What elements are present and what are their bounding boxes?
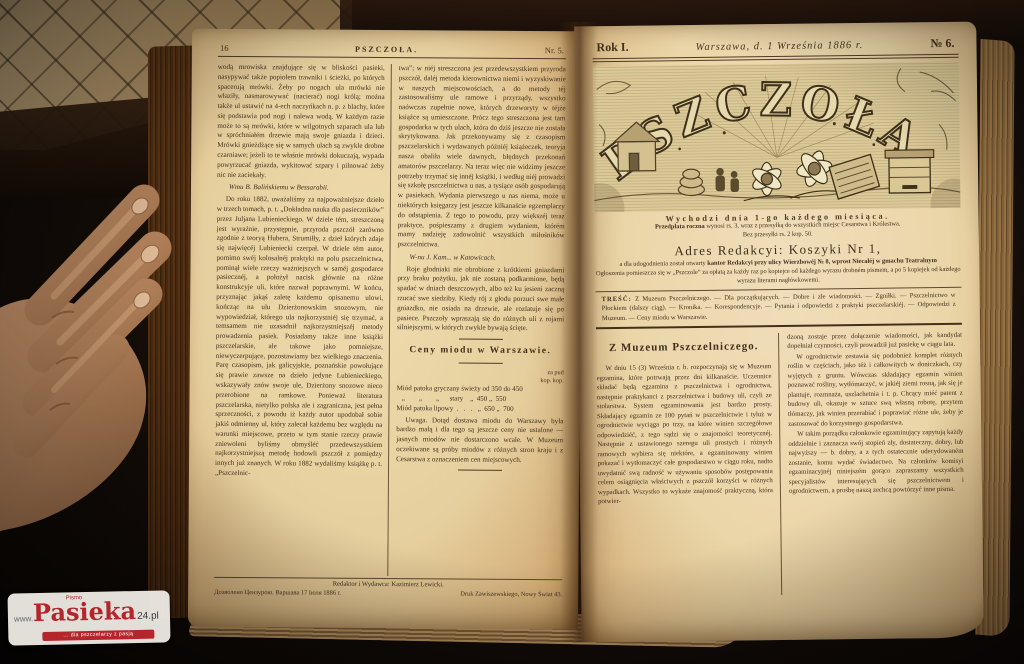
article-title: Z Muzeum Pszczelniczego. bbox=[596, 339, 771, 357]
table-of-contents: TREŚĆ: Z Muzeum Pszczelniczego. — Dla po… bbox=[602, 291, 956, 323]
running-title: PSZCZOŁA. bbox=[355, 45, 418, 54]
section-divider bbox=[458, 339, 502, 340]
left-page-column-1: wodą mrowiska znajdujące się w bliskości… bbox=[214, 63, 391, 576]
article-paragraph: W takim porządku członkowie egzaminujący… bbox=[788, 428, 964, 497]
address-detail-pre: a dla udogodnienia został otwarty bbox=[619, 260, 707, 268]
left-page: 16 PSZCZOŁA. Nr. 5. wodą mrowiska znajdu… bbox=[188, 29, 582, 630]
price-row: Miód patoka lipowy . . . „ 650 „ 700 bbox=[396, 403, 563, 414]
section-divider bbox=[458, 363, 502, 364]
right-page-column-1: Z Muzeum Pszczelniczego. W dniu 15 (3) W… bbox=[596, 333, 781, 597]
left-page-column-2: twa”; w niéj streszczona jest przedewszy… bbox=[387, 64, 566, 577]
photo-of-open-journal: 16 PSZCZOŁA. Nr. 5. wodą mrowiska znajdu… bbox=[0, 0, 1024, 664]
letter-signature: Wmu B. Balińskiemu w Bessarabii. bbox=[217, 183, 384, 194]
article-paragraph: dzoną zostaje przez dołączenie wiadomośc… bbox=[787, 331, 962, 352]
subscription-rest: wynosi rs. 3, wraz z przesyłką do wszyst… bbox=[705, 221, 901, 230]
price-note: Uwaga. Dotąd dostawa miodu do Warszawy b… bbox=[396, 416, 563, 466]
advertising-terms: Ogłoszenia pomieszcza się w „Pszczole” z… bbox=[595, 266, 961, 288]
watermark-www: www. bbox=[14, 614, 33, 623]
book-gutter-shadow bbox=[560, 22, 598, 642]
toc-entries: Z Muzeum Pszczelniczego. — Dla początkuj… bbox=[602, 292, 956, 322]
watermark-suffix: 24.pl bbox=[137, 611, 159, 622]
editor-line: Redaktor i Wydawca: Kazimierz Lewicki. bbox=[214, 580, 562, 589]
toc-bottom-rule bbox=[596, 323, 962, 329]
article-paragraph: W dniu 15 (3) Września r. b. rozpoczynaj… bbox=[596, 362, 773, 507]
price-table-unit-header: za pud kop. kop. bbox=[397, 368, 564, 384]
body-paragraph: Do roku 1882, uważaliśmy za najpoważniej… bbox=[215, 195, 384, 480]
right-page-column-2: dzoną zostaje przez dołączenie wiadomośc… bbox=[778, 331, 965, 595]
body-paragraph: Roje głodniaki nie obrobione z krótkiemi… bbox=[397, 265, 564, 335]
honey-prices-heading: Ceny miodu w Warszawie. bbox=[397, 344, 564, 358]
watermark-brand: Pasieka bbox=[33, 599, 137, 625]
body-paragraph: twa”; w niéj streszczona jest przedewszy… bbox=[398, 64, 566, 251]
article-paragraph: W ogrodnictwie zestawia się podobnież ko… bbox=[787, 351, 963, 429]
header-rule bbox=[218, 56, 566, 59]
right-page: Rok I. Warszawa, d. 1 Września 1886 r. №… bbox=[574, 22, 983, 643]
printer-note: Druk Zawiszewskiego, Nowy Świat 43. bbox=[460, 591, 562, 599]
box-hive-icon bbox=[885, 150, 934, 193]
masthead-engraving: PSZCZOŁA bbox=[593, 62, 961, 212]
subscription-bold: Przedpłata roczna bbox=[655, 223, 705, 231]
dateline: Warszawa, d. 1 Września 1886 r. bbox=[696, 40, 864, 53]
volume-label: Rok I. bbox=[596, 40, 628, 55]
right-page-header: Rok I. Warszawa, d. 1 Września 1886 r. №… bbox=[592, 36, 958, 55]
censor-note: Дозволено Цензурою. Варшава 17 Іюля 1886… bbox=[214, 589, 341, 597]
toc-label: TREŚĆ: bbox=[602, 296, 632, 303]
body-paragraph: wodą mrowiska znajdujące się w bliskości… bbox=[217, 63, 385, 182]
imprint-line: Дозволено Цензурою. Варшава 17 Іюля 1886… bbox=[214, 589, 562, 598]
page-number: 16 bbox=[220, 43, 229, 53]
hand-holding-page bbox=[0, 168, 222, 598]
left-page-header: 16 PSZCZOŁA. Nr. 5. bbox=[218, 43, 566, 55]
pasieka-watermark: Pismo www. Pasieka 24.pl ... dla pszczel… bbox=[7, 590, 170, 645]
issue-number: № 6. bbox=[930, 36, 954, 51]
section-divider bbox=[458, 470, 502, 471]
header-double-rule bbox=[593, 54, 959, 62]
letter-signature: W-nu J. Kam... w Katowicach. bbox=[397, 253, 564, 264]
